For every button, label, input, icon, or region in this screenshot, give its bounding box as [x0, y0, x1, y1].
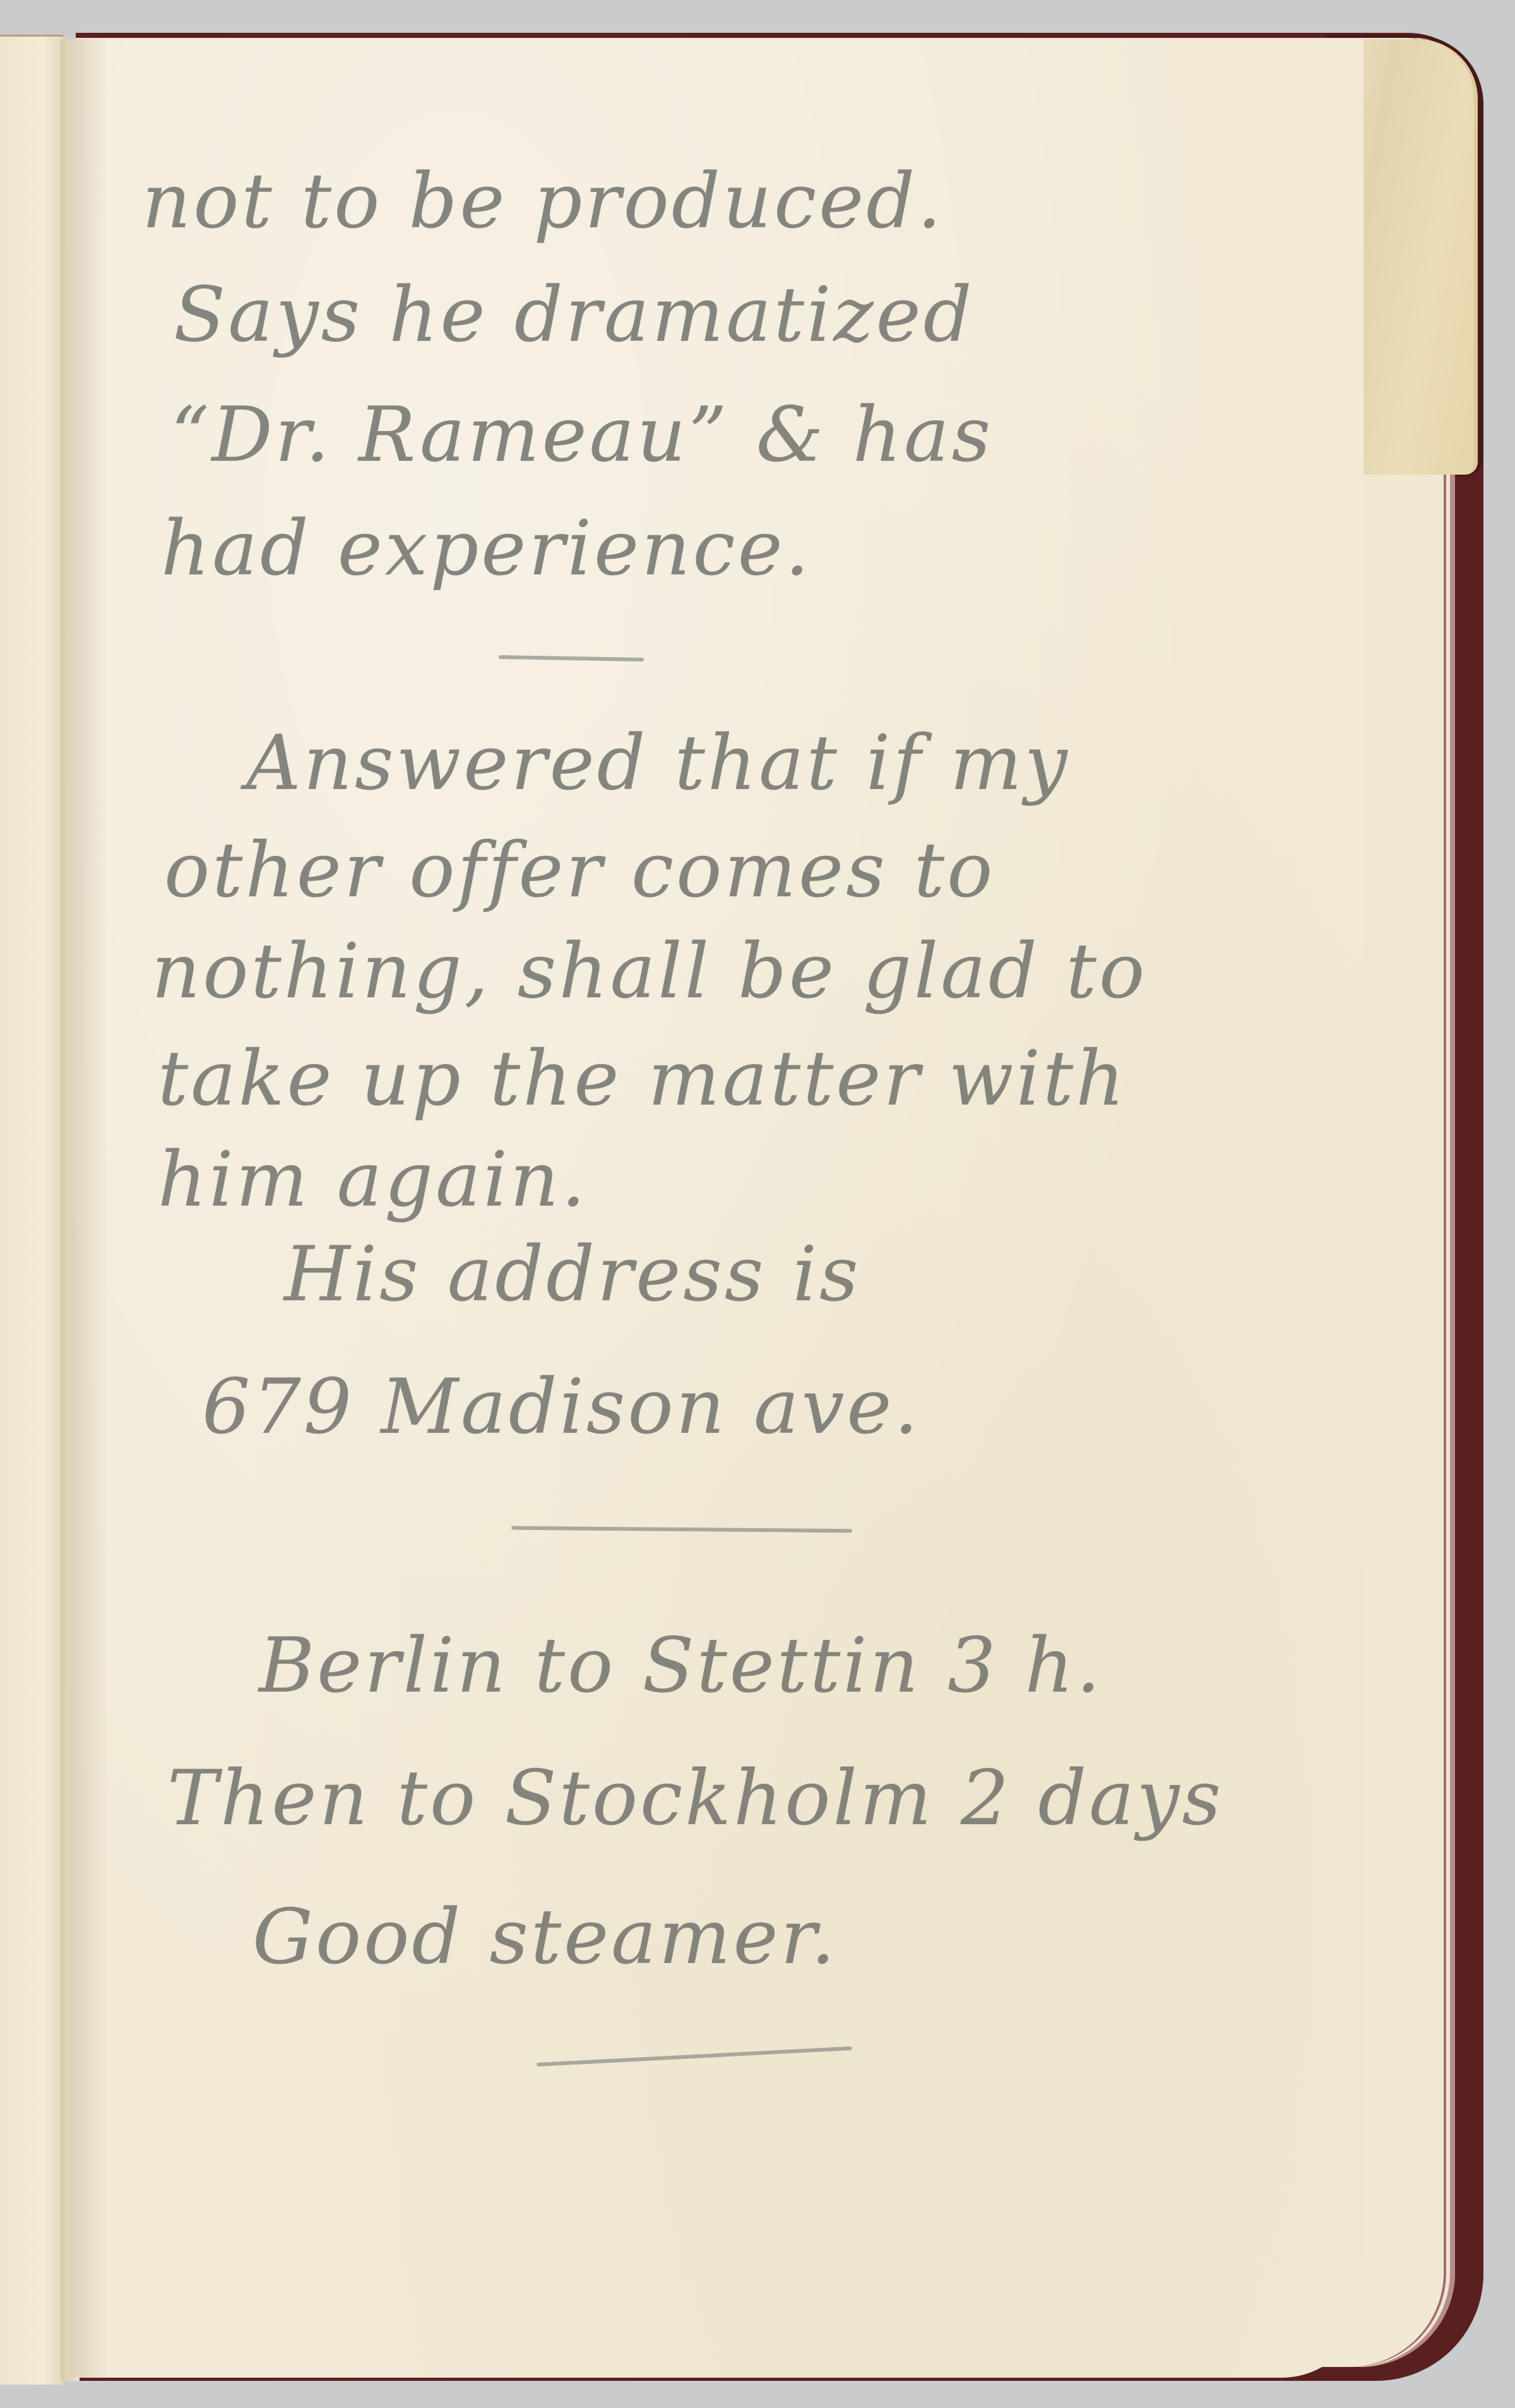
left-page-edge — [0, 35, 63, 2385]
handwritten-line: Then to Stockholm 2 days — [167, 1755, 1223, 1842]
handwritten-line: nothing, shall be glad to — [151, 928, 1147, 1016]
handwritten-line: him again. — [158, 1136, 588, 1224]
handwritten-line: “Dr. Rameau” & has — [170, 391, 993, 479]
handwritten-line: not to be produced. — [142, 158, 944, 246]
handwritten-line: Says he dramatized — [174, 271, 974, 359]
handwritten-line: 679 Madison ave. — [202, 1363, 921, 1451]
handwritten-line: Berlin to Stettin 3 h. — [259, 1622, 1103, 1710]
handwritten-line: Answered that if my — [246, 720, 1070, 807]
handwritten-line: Good steamer. — [252, 1894, 838, 1981]
handwritten-line: take up the matter with — [158, 1035, 1127, 1123]
handwritten-line: His address is — [284, 1231, 861, 1319]
gutter-shadow — [69, 39, 107, 2378]
handwritten-line: had experience. — [161, 505, 812, 593]
handwritten-line: other offer comes to — [164, 827, 995, 915]
